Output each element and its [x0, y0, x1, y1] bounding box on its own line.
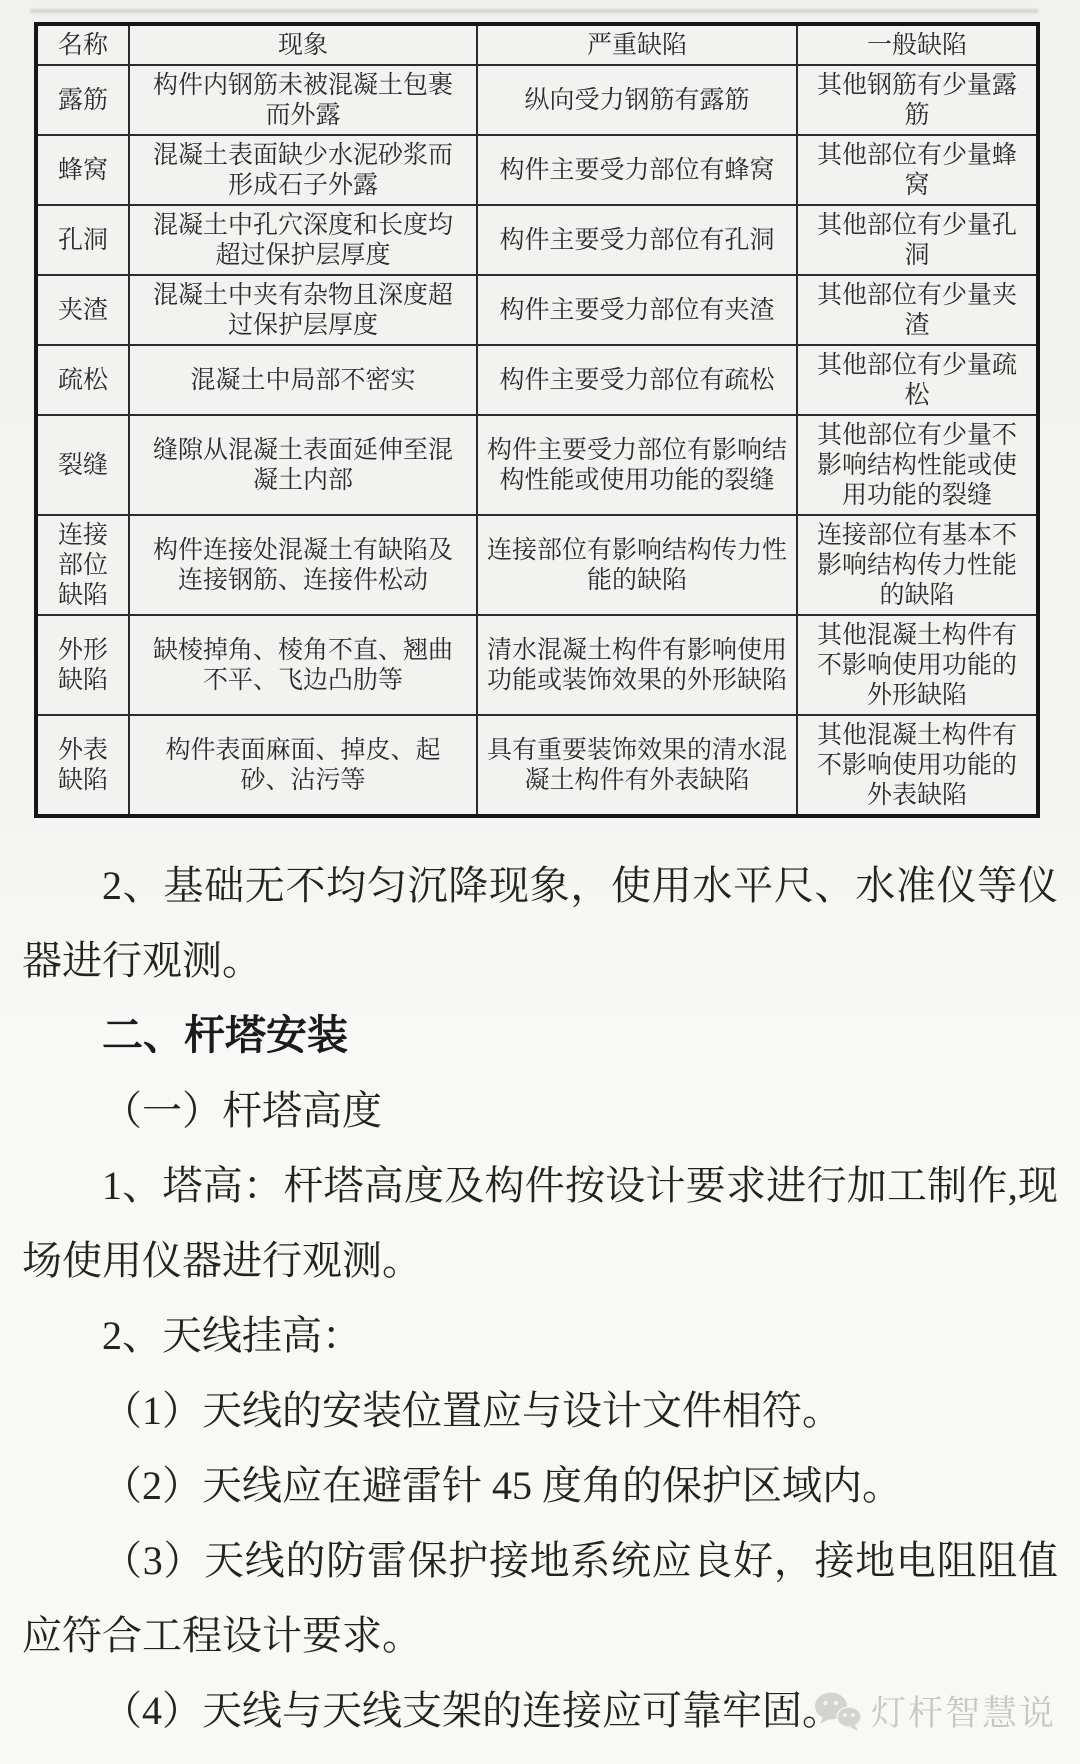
- paragraph: （2）天线应在避雷针 45 度角的保护区域内。: [22, 1448, 1058, 1523]
- table-cell: 构件主要受力部位有影响结构性能或使用功能的裂缝: [477, 415, 797, 515]
- table-cell: 缺棱掉角、棱角不直、翘曲不平、飞边凸肋等: [129, 615, 477, 715]
- table-cell: 缝隙从混凝土表面延伸至混凝土内部: [129, 415, 477, 515]
- watermark-label: 灯杆智慧说: [871, 1686, 1056, 1736]
- watermark: 灯杆智慧说: [813, 1686, 1056, 1736]
- column-header-phenomenon: 现象: [129, 24, 477, 65]
- column-header-serious-defect: 严重缺陷: [477, 24, 797, 65]
- table-cell: 夹渣: [36, 275, 129, 345]
- table-cell: 其他钢筋有少量露筋: [797, 65, 1038, 135]
- table-cell: 其他部位有少量蜂窝: [797, 135, 1038, 205]
- table-row: 疏松 混凝土中局部不密实 构件主要受力部位有疏松 其他部位有少量疏松: [36, 345, 1038, 415]
- table-cell: 清水混凝土构件有影响使用功能或装饰效果的外形缺陷: [477, 615, 797, 715]
- table-cell: 混凝土中局部不密实: [129, 345, 477, 415]
- table-cell: 外表缺陷: [36, 715, 129, 816]
- table-cell: 构件连接处混凝土有缺陷及连接钢筋、连接件松动: [129, 515, 477, 615]
- table-cell: 其他混凝土构件有不影响使用功能的外形缺陷: [797, 615, 1038, 715]
- body-text: 2、基础无不均匀沉降现象，使用水平尺、水准仪等仪器进行观测。 二、杆塔安装 （一…: [0, 848, 1080, 1748]
- table-cell: 混凝土中孔穴深度和长度均超过保护层厚度: [129, 205, 477, 275]
- table-cell: 构件主要受力部位有疏松: [477, 345, 797, 415]
- table-cell: 疏松: [36, 345, 129, 415]
- wechat-logo-icon: [813, 1690, 863, 1732]
- table-row: 外形缺陷 缺棱掉角、棱角不直、翘曲不平、飞边凸肋等 清水混凝土构件有影响使用功能…: [36, 615, 1038, 715]
- table-cell: 露筋: [36, 65, 129, 135]
- paragraph: 2、基础无不均匀沉降现象，使用水平尺、水准仪等仪器进行观测。: [22, 848, 1058, 998]
- table-cell: 具有重要装饰效果的清水混凝土构件有外表缺陷: [477, 715, 797, 816]
- table-cell: 外形缺陷: [36, 615, 129, 715]
- paragraph: 1、塔高：杆塔高度及构件按设计要求进行加工制作,现场使用仪器进行观测。: [22, 1148, 1058, 1298]
- table-cell: 连接部位有基本不影响结构传力性能的缺陷: [797, 515, 1038, 615]
- table-cell: 连接部位缺陷: [36, 515, 129, 615]
- table-cell: 连接部位有影响结构传力性能的缺陷: [477, 515, 797, 615]
- table-cell: 构件主要受力部位有孔洞: [477, 205, 797, 275]
- section-heading: 二、杆塔安装: [22, 998, 1058, 1073]
- table-cell: 混凝土表面缺少水泥砂浆而形成石子外露: [129, 135, 477, 205]
- table-cell: 构件主要受力部位有蜂窝: [477, 135, 797, 205]
- table-row: 露筋 构件内钢筋未被混凝土包裹而外露 纵向受力钢筋有露筋 其他钢筋有少量露筋: [36, 65, 1038, 135]
- table-cell: 蜂窝: [36, 135, 129, 205]
- table-row: 连接部位缺陷 构件连接处混凝土有缺陷及连接钢筋、连接件松动 连接部位有影响结构传…: [36, 515, 1038, 615]
- table-cell: 其他部位有少量夹渣: [797, 275, 1038, 345]
- paragraph: （3）天线的防雷保护接地系统应良好，接地电阻阻值应符合工程设计要求。: [22, 1523, 1058, 1673]
- paragraph: （1）天线的安装位置应与设计文件相符。: [22, 1373, 1058, 1448]
- table-row: 外表缺陷 构件表面麻面、掉皮、起砂、沾污等 具有重要装饰效果的清水混凝土构件有外…: [36, 715, 1038, 816]
- paragraph: 2、天线挂高：: [22, 1298, 1058, 1373]
- table-cell: 裂缝: [36, 415, 129, 515]
- table-cell: 其他部位有少量不影响结构性能或使用功能的裂缝: [797, 415, 1038, 515]
- scan-artifact-line: [30, 9, 1038, 13]
- table-row: 孔洞 混凝土中孔穴深度和长度均超过保护层厚度 构件主要受力部位有孔洞 其他部位有…: [36, 205, 1038, 275]
- table-cell: 构件内钢筋未被混凝土包裹而外露: [129, 65, 477, 135]
- table-cell: 构件主要受力部位有夹渣: [477, 275, 797, 345]
- table-row: 夹渣 混凝土中夹有杂物且深度超过保护层厚度 构件主要受力部位有夹渣 其他部位有少…: [36, 275, 1038, 345]
- table-cell: 纵向受力钢筋有露筋: [477, 65, 797, 135]
- concrete-defects-table: 名称 现象 严重缺陷 一般缺陷 露筋 构件内钢筋未被混凝土包裹而外露 纵向受力钢…: [34, 22, 1040, 818]
- table-cell: 其他部位有少量孔洞: [797, 205, 1038, 275]
- table-cell: 构件表面麻面、掉皮、起砂、沾污等: [129, 715, 477, 816]
- table-row: 裂缝 缝隙从混凝土表面延伸至混凝土内部 构件主要受力部位有影响结构性能或使用功能…: [36, 415, 1038, 515]
- sub-heading: （一）杆塔高度: [22, 1073, 1058, 1148]
- table-cell: 其他部位有少量疏松: [797, 345, 1038, 415]
- table-header-row: 名称 现象 严重缺陷 一般缺陷: [36, 24, 1038, 65]
- table-row: 蜂窝 混凝土表面缺少水泥砂浆而形成石子外露 构件主要受力部位有蜂窝 其他部位有少…: [36, 135, 1038, 205]
- table-cell: 孔洞: [36, 205, 129, 275]
- column-header-name: 名称: [36, 24, 129, 65]
- scanned-document-page: 名称 现象 严重缺陷 一般缺陷 露筋 构件内钢筋未被混凝土包裹而外露 纵向受力钢…: [0, 0, 1080, 1764]
- table-cell: 混凝土中夹有杂物且深度超过保护层厚度: [129, 275, 477, 345]
- table-cell: 其他混凝土构件有不影响使用功能的外表缺陷: [797, 715, 1038, 816]
- column-header-general-defect: 一般缺陷: [797, 24, 1038, 65]
